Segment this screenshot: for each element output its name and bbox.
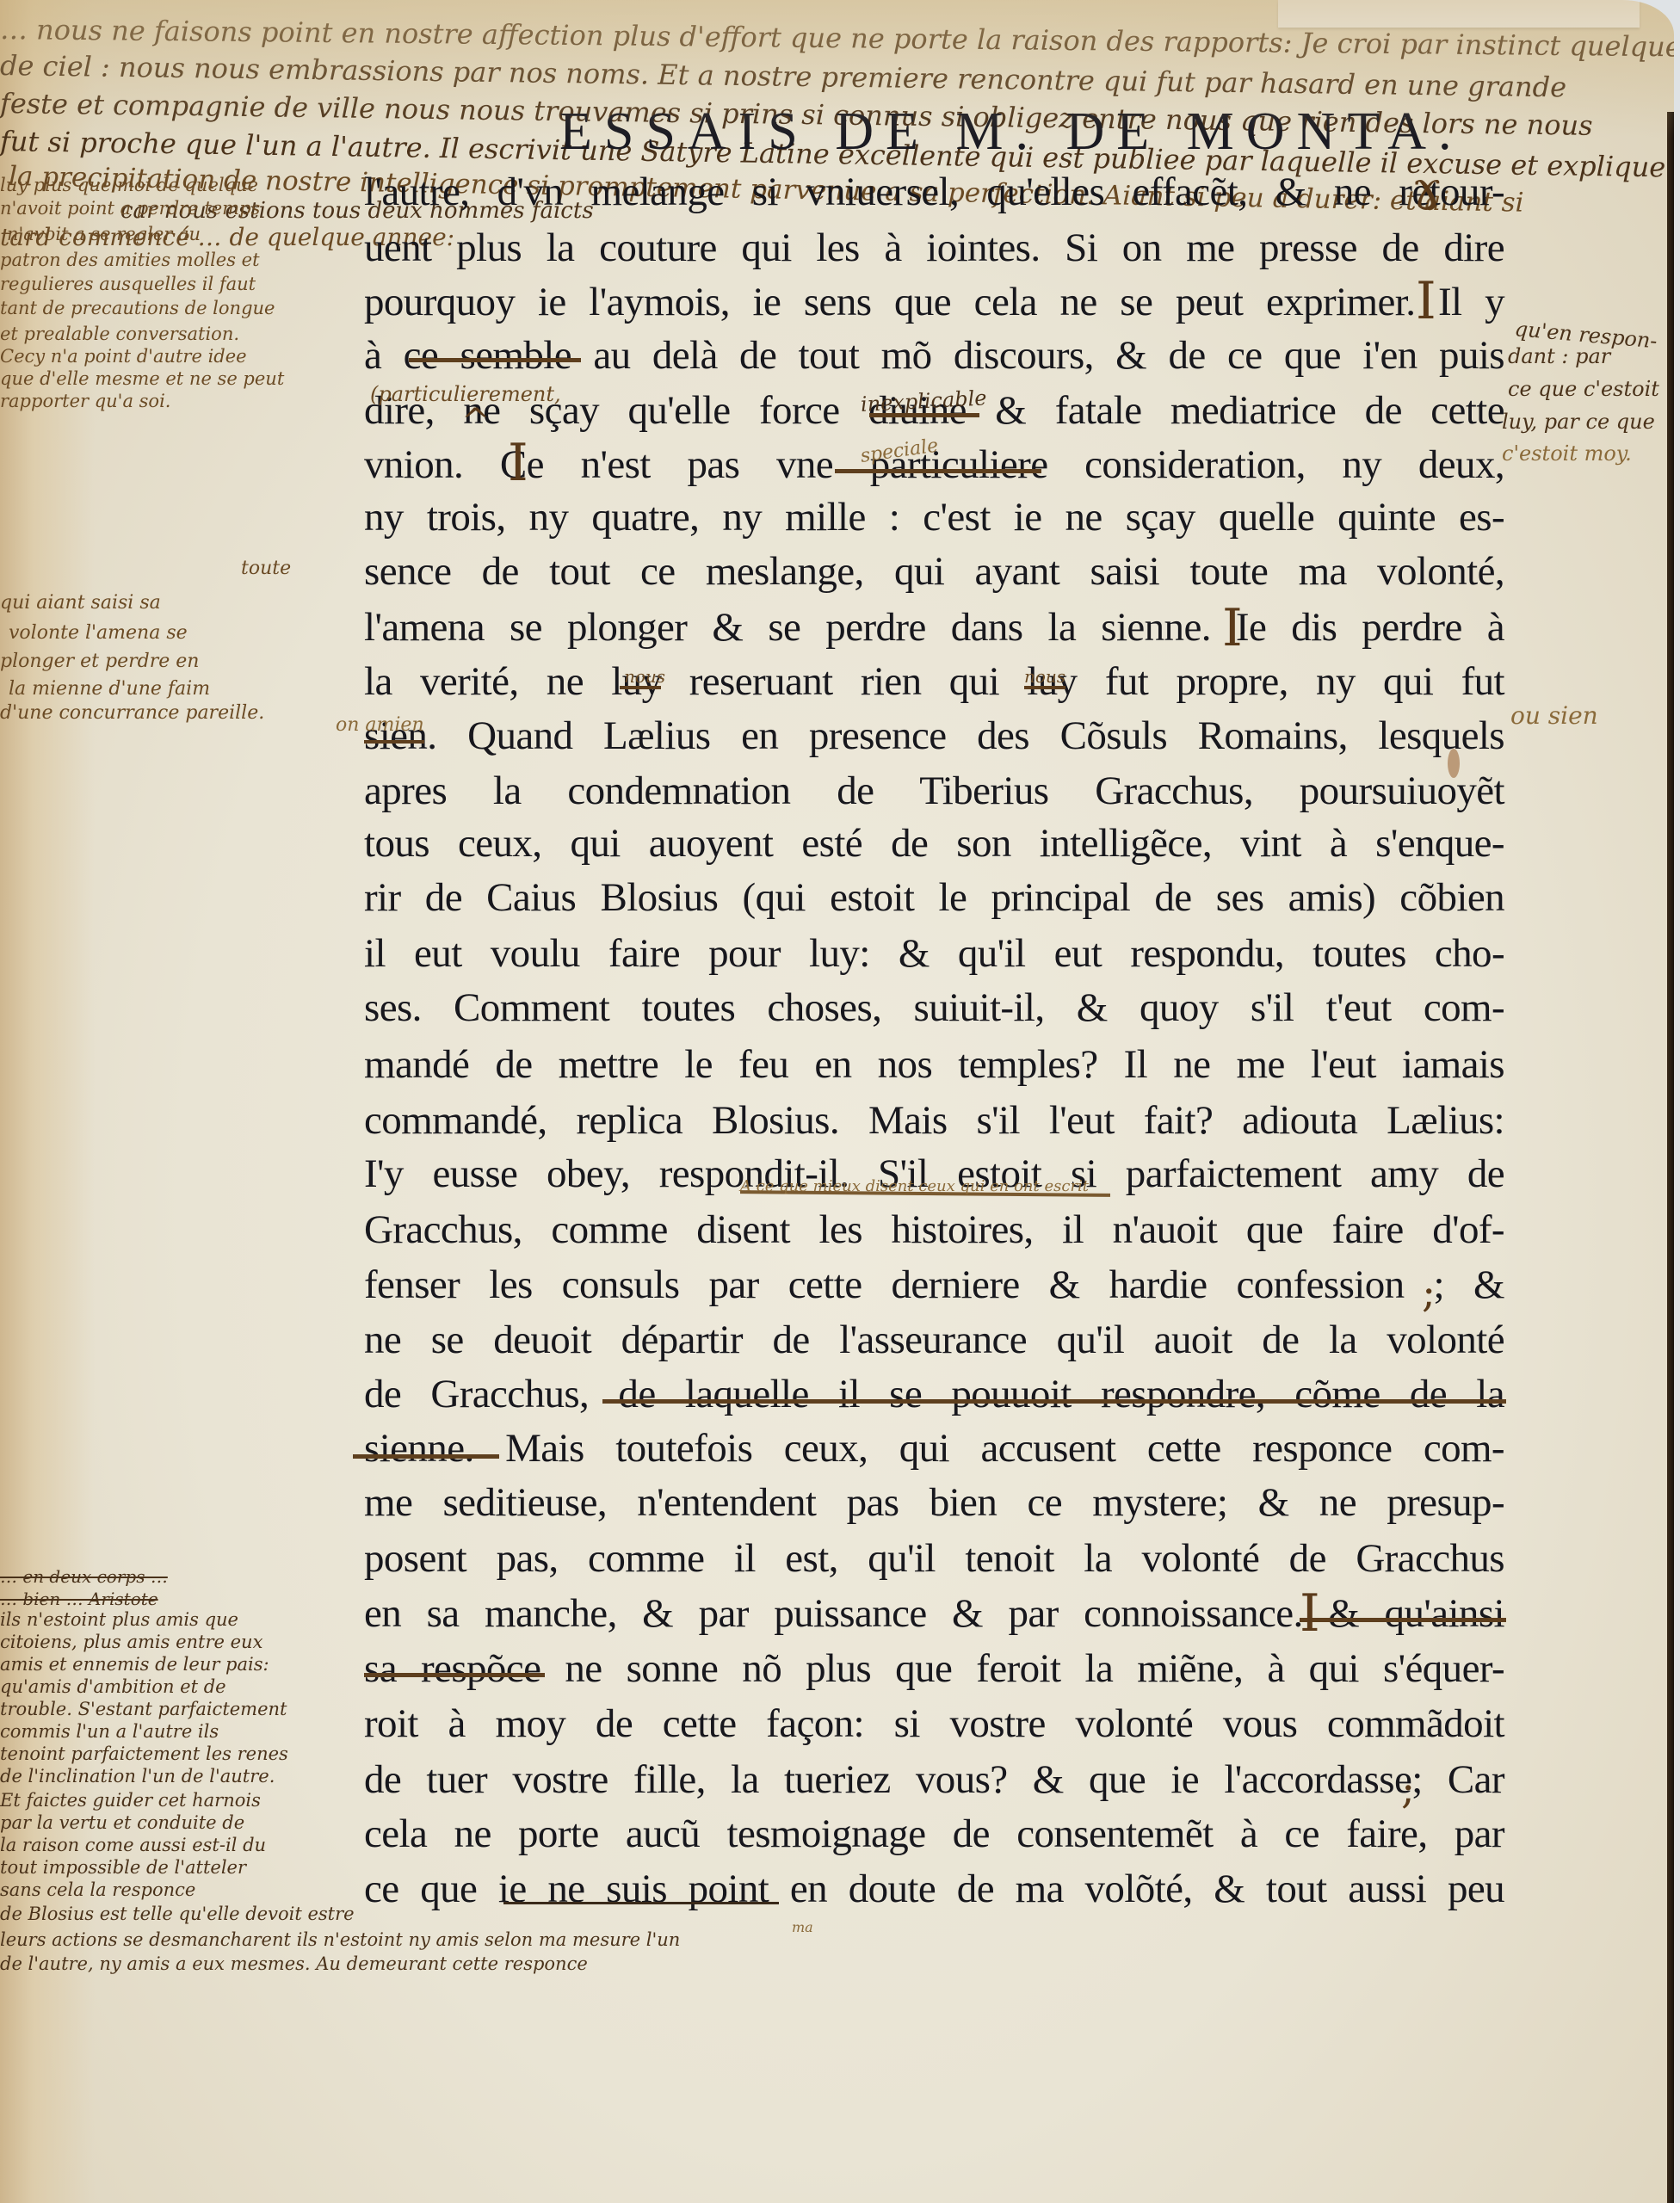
left-margin-upper-1: luy plus que moi de quelque bbox=[0, 176, 258, 194]
left-margin-upper-6: tant de precautions de longue bbox=[0, 299, 275, 318]
left-margin-upper-4: patron des amities molles et bbox=[0, 251, 260, 269]
left-margin-upper-3: n'avoit a se regler au bbox=[7, 225, 201, 244]
strike-sien bbox=[364, 740, 424, 744]
left-margin-middle-5: la mienne d'une faim bbox=[9, 680, 210, 699]
left-margin-upper-5: regulieres ausquelles il faut bbox=[0, 275, 256, 293]
running-head: ESSAIS DE M. DE MONTA. bbox=[559, 105, 1386, 158]
printed-line-23: de Gracchus, de laquelle il se pouuoit r… bbox=[364, 1374, 1504, 1415]
paragraph-mark-2: I bbox=[508, 437, 528, 489]
note-ma: ma bbox=[792, 1921, 813, 1935]
printed-line-20: Gracchus, comme disent les histoires, il… bbox=[364, 1210, 1504, 1250]
left-margin-lower-11: Et faictes guider cet harnois bbox=[0, 1792, 261, 1810]
printed-line-8: sence de tout ce meslange, qui ayant sai… bbox=[364, 552, 1504, 592]
paragraph-mark-3: I bbox=[1222, 602, 1243, 654]
manuscript-top-line-2: de ciel : nous nous embrassions par nos … bbox=[0, 52, 1566, 101]
left-margin-middle-3: volonte l'amena se bbox=[9, 624, 188, 643]
paragraph-mark-1: I bbox=[1416, 275, 1436, 327]
printed-line-7: ny trois, ny quatre, ny mille : c'est ie… bbox=[364, 497, 1504, 538]
left-margin-upper-2: n'avoit point a perdre temps bbox=[0, 200, 260, 218]
printed-line-12: apres la condemnation de Tiberius Gracch… bbox=[364, 771, 1504, 811]
printed-line-30: de tuer vostre fille, la tueriez vous? &… bbox=[364, 1760, 1504, 1800]
printed-line-9: l'amena se plonger & se perdre dans la s… bbox=[364, 608, 1504, 648]
semicolon-mark: ; bbox=[1422, 1272, 1436, 1313]
strike-ce-semble bbox=[409, 358, 581, 362]
book-page: … nous ne faisons point en nostre affect… bbox=[0, 0, 1674, 2203]
printed-line-25: me seditieuse, n'entendent pas bien ce m… bbox=[364, 1483, 1504, 1523]
manuscript-top-line-3: feste et compagnie de ville nous nous tr… bbox=[0, 89, 1593, 139]
left-margin-upper-10: rapporter qu'a soi. bbox=[0, 392, 170, 410]
left-margin-lower-3: ils n'estoint plus amis que bbox=[0, 1611, 238, 1629]
left-margin-upper-9: que d'elle mesme et ne se peut bbox=[0, 370, 284, 388]
note-particulierement: (particulierement, bbox=[370, 384, 561, 404]
strike-de-laquelle bbox=[602, 1399, 1506, 1404]
manuscript-top-line-1: … nous ne faisons point en nostre affect… bbox=[0, 15, 1674, 63]
right-margin-note-line-5: c'estoit moy. bbox=[1502, 443, 1632, 464]
left-margin-lower-1: … en deux corps … bbox=[0, 1568, 168, 1585]
left-margin-lower-14: tout impossible de l'atteler bbox=[0, 1859, 246, 1877]
printed-line-16: ses. Comment toutes choses, suiuit-il, &… bbox=[364, 988, 1504, 1028]
paper-slip bbox=[1278, 0, 1640, 28]
strike-sa-responce bbox=[364, 1673, 545, 1677]
printed-line-3: pourquoy ie l'aymois, ie sens que cela n… bbox=[364, 282, 1504, 323]
note-histoires: A ce que mieux disent ceux qui en ont es… bbox=[740, 1179, 1089, 1194]
printed-line-13: tous ceux, qui auoyent esté de son intel… bbox=[364, 824, 1504, 864]
printed-line-4: à ce semble au delà de tout mõ discours,… bbox=[364, 336, 1504, 376]
printed-line-18: commandé, replica Blosius. Mais s'il l'e… bbox=[364, 1101, 1504, 1141]
right-margin-note-line-3: ce que c'estoit bbox=[1508, 379, 1659, 399]
right-margin-note-line-4: luy, par ce que bbox=[1502, 411, 1655, 432]
strike-particuliere bbox=[835, 469, 1041, 473]
paragraph-mark-4: I bbox=[1300, 1588, 1320, 1639]
left-margin-middle-6: d'une concurrance pareille. bbox=[0, 704, 264, 723]
printed-line-1: l'autre, d'vn melange si vniuersel, qu'e… bbox=[364, 172, 1504, 213]
printed-line-15: il eut voulu faire pour luy: & qu'il eut… bbox=[364, 934, 1504, 974]
left-margin-middle-4: plonger et perdre en bbox=[0, 652, 199, 671]
left-margin-lower-5: amis et ennemis de leur pais: bbox=[0, 1656, 269, 1674]
left-margin-lower-2: … bien … Aristote bbox=[0, 1590, 158, 1608]
insertion-mark-1: ɤ bbox=[1411, 164, 1442, 219]
left-margin-lower-15: sans cela la responce bbox=[0, 1881, 195, 1899]
note-nous-2: nous bbox=[1024, 668, 1065, 685]
printed-line-14: rir de Caius Blosius (qui estoit le prin… bbox=[364, 878, 1504, 918]
printed-line-21: fenser les consuls par cette derniere & … bbox=[364, 1265, 1504, 1305]
printed-line-10: la verité, ne luy reseruant rien qui luy… bbox=[364, 662, 1504, 702]
strike-qu-ainsi bbox=[1300, 1618, 1506, 1622]
left-margin-lower-9: tenoint parfaictement les renes bbox=[0, 1745, 288, 1763]
printed-line-29: roit à moy de cette façon: si vostre vol… bbox=[364, 1704, 1504, 1744]
printed-line-2: uent plus la couture qui les à iointes. … bbox=[364, 228, 1504, 268]
printed-line-26: posent pas, comme il est, qu'il tenoit l… bbox=[364, 1539, 1504, 1579]
printed-line-27: en sa manche, & par puissance & par conn… bbox=[364, 1594, 1504, 1634]
left-margin-middle-2: qui aiant saisi sa bbox=[0, 594, 161, 613]
left-margin-lower-18: de l'autre, ny amis a eux mesmes. Au dem… bbox=[0, 1955, 588, 1973]
left-margin-lower-8: commis l'un a l'autre ils bbox=[0, 1723, 219, 1741]
printed-line-24: sienne. Mais toutefois ceux, qui accusen… bbox=[364, 1429, 1504, 1469]
left-margin-upper-7: et prealable conversation. bbox=[0, 325, 239, 343]
printed-line-22: ne se deuoit départir de l'asseurance qu… bbox=[364, 1320, 1504, 1361]
left-margin-lower-12: par la vertu et conduite de bbox=[0, 1814, 244, 1832]
printed-line-28: sa respõce ne sonne nõ plus que feroit l… bbox=[364, 1649, 1504, 1689]
note-on-amien: on amien bbox=[336, 716, 424, 735]
right-margin-note-line-2: dant : par bbox=[1508, 346, 1610, 367]
note-nous-1: nous bbox=[624, 668, 665, 685]
underline-ne-suis-point bbox=[503, 1902, 779, 1904]
left-margin-lower-13: la raison come aussi est-il du bbox=[0, 1836, 266, 1854]
left-margin-lower-6: qu'amis d'ambition et de bbox=[0, 1678, 226, 1696]
strike-sienne bbox=[353, 1454, 499, 1459]
left-margin-lower-10: de l'inclination l'un de l'autre. bbox=[0, 1768, 275, 1786]
left-margin-lower-4: citoiens, plus amis entre eux bbox=[0, 1633, 262, 1651]
left-margin-upper-8: Cecy n'a point d'autre idee bbox=[0, 348, 247, 366]
left-margin-lower-7: trouble. S'estant parfaictement bbox=[0, 1700, 287, 1719]
left-margin-lower-17: leurs actions se desmancharent ils n'est… bbox=[0, 1931, 680, 1949]
right-margin-note-ou-sien: ou sien bbox=[1510, 704, 1598, 728]
printed-line-31: cela ne porte aucũ tesmoignage de consen… bbox=[364, 1814, 1504, 1854]
binding-edge bbox=[1667, 112, 1674, 2203]
semicolon-mark-2: ; bbox=[1401, 1768, 1415, 1810]
printed-line-11: sien. Quand Lælius en presence des Cõsul… bbox=[364, 716, 1504, 756]
printed-line-17: mandé de mettre le feu en nos temples? I… bbox=[364, 1045, 1504, 1085]
left-margin-lower-16: de Blosius est telle qu'elle devoit estr… bbox=[0, 1905, 355, 1923]
caret-mark-1: ^ bbox=[461, 404, 491, 439]
left-margin-middle-1: toute bbox=[241, 559, 291, 578]
note-inexplicable: inexplicable bbox=[860, 387, 987, 415]
